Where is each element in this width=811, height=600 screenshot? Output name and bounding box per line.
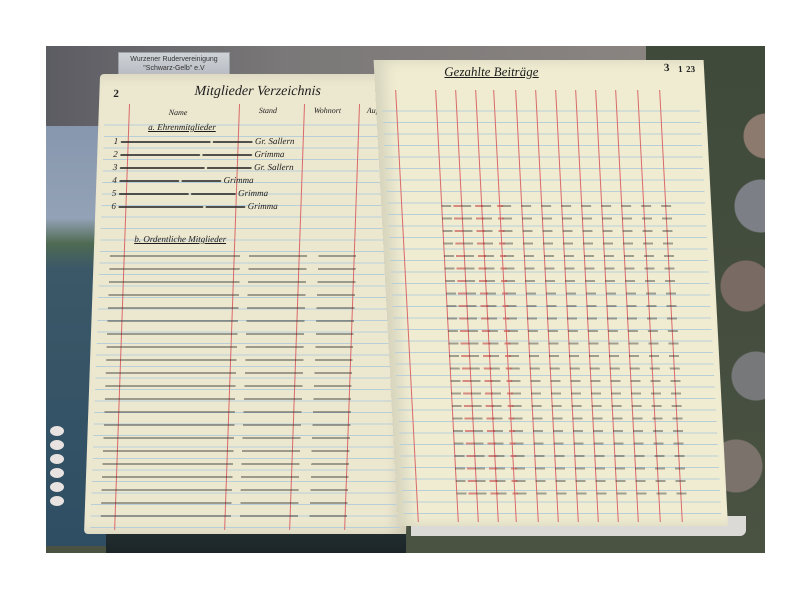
page-number-right: 3 — [664, 62, 670, 74]
rower — [50, 468, 64, 478]
ledger-row: 3 Gr. Sallern — [113, 162, 294, 173]
col-header-wohnort: Wohnort — [314, 106, 342, 115]
col-header-stand: Stand — [259, 106, 278, 115]
section-a-label: a. Ehrenmitglieder — [148, 122, 216, 132]
page-number-left: 2 — [113, 88, 119, 100]
club-label-plate: Wurzener Rudervereinigung "Schwarz-Gelb"… — [118, 52, 230, 76]
rower — [50, 454, 64, 464]
page-number-under-1: 1 — [678, 64, 683, 74]
ledger-row: 1 Gr. Sallern — [114, 136, 295, 147]
left-page-heading: Mitglieder Verzeichnis — [194, 84, 321, 100]
section-b-label: b. Ordentliche Mitglieder — [134, 234, 226, 244]
ledger-row: 4 Grimma — [112, 175, 254, 186]
rower — [50, 482, 64, 492]
ledger-photo: Wurzener Rudervereinigung "Schwarz-Gelb"… — [46, 46, 765, 553]
ledger-row: 5 Grimma — [112, 188, 269, 199]
col-header-name: Name — [169, 108, 188, 117]
rower — [50, 440, 64, 450]
ledger-row: 2 Grimma — [113, 149, 285, 160]
left-page: 2 Mitglieder Verzeichnis Name Stand Wohn… — [84, 74, 422, 534]
label-line-2: "Schwarz-Gelb" e.V — [119, 64, 229, 73]
right-page: Gezahlte Beiträge 3 1 23 — [374, 60, 728, 526]
rower — [50, 426, 64, 436]
ledger-row: 6 Grimma — [111, 201, 278, 212]
rower — [50, 496, 64, 506]
right-page-heading: Gezahlte Beiträge — [444, 64, 539, 80]
page-number-under-2: 23 — [686, 64, 696, 74]
label-line-1: Wurzener Rudervereinigung — [119, 55, 229, 64]
handwritten-member-entries — [100, 250, 399, 520]
